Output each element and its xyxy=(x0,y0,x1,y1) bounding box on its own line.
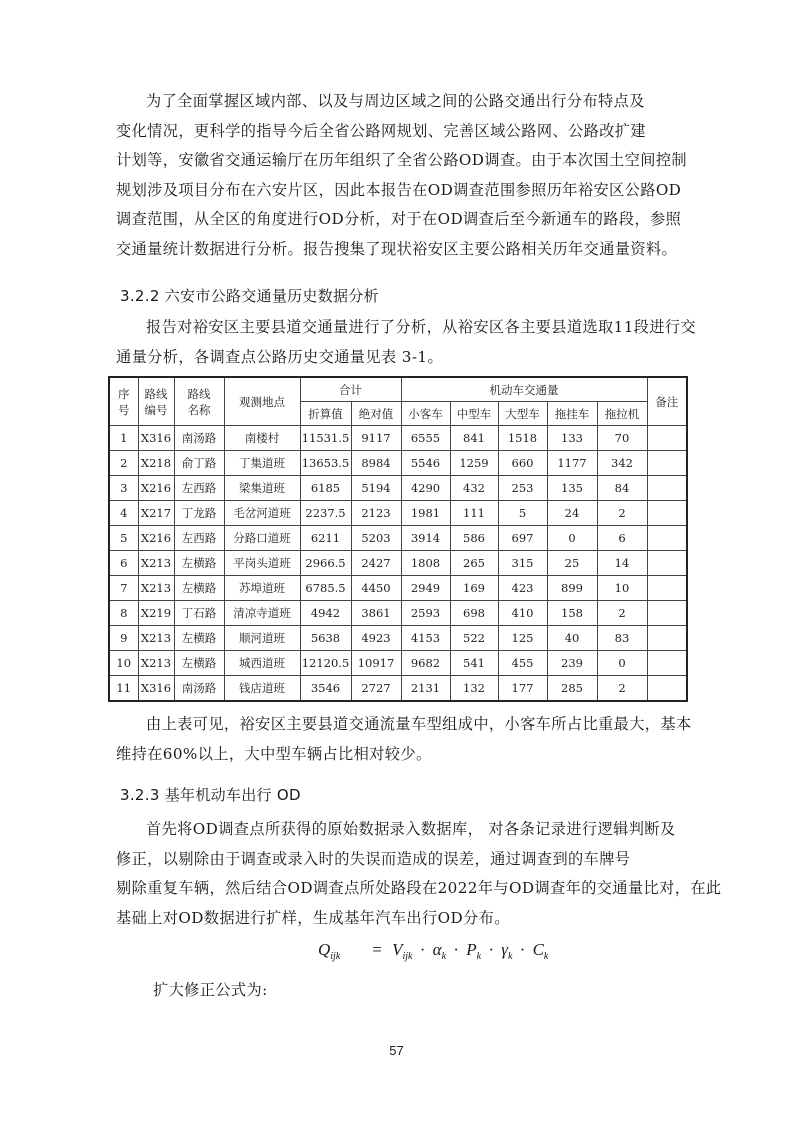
table-cell: 0 xyxy=(547,526,597,551)
text-line: 规划涉及项目分布在六安片区，因此本报告在OD调查范围参照历年裕安区公路OD xyxy=(116,176,686,206)
table-cell: 丁石路 xyxy=(174,601,224,626)
table-cell: 11 xyxy=(109,676,138,702)
table-cell: 4153 xyxy=(401,626,450,651)
text-line: 修正，以剔除由于调查或录入时的失误而造成的误差，通过调查到的车牌号 xyxy=(116,845,686,875)
table-cell: 0 xyxy=(597,651,647,676)
table-cell: 7 xyxy=(109,576,138,601)
table-cell: 169 xyxy=(450,576,498,601)
table-cell: X218 xyxy=(138,451,174,476)
table-cell: 丁龙路 xyxy=(174,501,224,526)
table-cell: 8 xyxy=(109,601,138,626)
table-cell: 239 xyxy=(547,651,597,676)
table-cell: 660 xyxy=(498,451,547,476)
table-cell: 左西路 xyxy=(174,476,224,501)
formula-term: Pk xyxy=(466,940,481,959)
table-row: 11X316南汤路钱店道班3546272721311321772852 xyxy=(109,676,687,702)
table-cell: 5638 xyxy=(300,626,351,651)
section-3-2-2-paragraph: 报告对裕安区主要县道交通量进行了分析，从裕安区各主要县道选取11段进行交 通量分… xyxy=(116,313,686,372)
table-cell xyxy=(647,626,687,651)
header-small-car: 小客车 xyxy=(401,402,450,426)
table-cell: 丁集道班 xyxy=(224,451,300,476)
section-heading-3-2-3: 3.2.3 基年机动车出行 OD xyxy=(120,784,301,805)
table-cell: 2123 xyxy=(351,501,401,526)
table-cell: X213 xyxy=(138,576,174,601)
table-cell: 13653.5 xyxy=(300,451,351,476)
table-cell: X216 xyxy=(138,526,174,551)
text-line: 变化情况，更科学的指导今后全省公路网规划、完善区域公路网、公路改扩建 xyxy=(116,117,686,147)
table-cell: 左横路 xyxy=(174,576,224,601)
table-cell: 南楼村 xyxy=(224,426,300,451)
table-cell: 522 xyxy=(450,626,498,651)
text-line: 报告对裕安区主要县道交通量进行了分析，从裕安区各主要县道选取11段进行交 xyxy=(116,313,686,343)
section-heading-3-2-2: 3.2.2 六安市公路交通量历史数据分析 xyxy=(120,285,379,306)
table-cell: 2131 xyxy=(401,676,450,702)
table-cell: 40 xyxy=(547,626,597,651)
table-cell: 315 xyxy=(498,551,547,576)
header-medium-vehicle: 中型车 xyxy=(450,402,498,426)
table-cell: 分路口道班 xyxy=(224,526,300,551)
table-cell: 70 xyxy=(597,426,647,451)
table-row: 7X213左横路苏埠道班6785.54450294916942389910 xyxy=(109,576,687,601)
table-header-row: 序号 路线编号 路线名称 观测地点 合计 机动车交通量 备注 xyxy=(109,377,687,402)
table-cell: 10917 xyxy=(351,651,401,676)
table-cell xyxy=(647,651,687,676)
table-cell: 苏埠道班 xyxy=(224,576,300,601)
table-cell: 132 xyxy=(450,676,498,702)
header-large-vehicle: 大型车 xyxy=(498,402,547,426)
table-body: 1X316南汤路南楼村11531.5911765558411518133702X… xyxy=(109,426,687,702)
table-cell: 2 xyxy=(597,501,647,526)
table-cell: 2 xyxy=(109,451,138,476)
table-cell xyxy=(647,551,687,576)
conclusion-paragraph: 由上表可见，裕安区主要县道交通流量车型组成中，小客车所占比重最大，基本 维持在6… xyxy=(116,710,686,769)
formula-term: αk xyxy=(433,940,446,959)
table-cell: 5 xyxy=(109,526,138,551)
table-cell: 6785.5 xyxy=(300,576,351,601)
table-cell: 毛岔河道班 xyxy=(224,501,300,526)
table-cell: 10 xyxy=(109,651,138,676)
table-cell: 4 xyxy=(109,501,138,526)
expansion-formula: Qijk = Vijk · αk · Pk · γk · Ck xyxy=(318,940,548,962)
table-cell xyxy=(647,476,687,501)
table-cell: 158 xyxy=(547,601,597,626)
table-cell: 2 xyxy=(597,601,647,626)
table-cell: 5 xyxy=(498,501,547,526)
table-cell: 111 xyxy=(450,501,498,526)
table-cell: X219 xyxy=(138,601,174,626)
table-cell xyxy=(647,501,687,526)
table-cell: 84 xyxy=(597,476,647,501)
table-cell: 253 xyxy=(498,476,547,501)
table-cell: 2237.5 xyxy=(300,501,351,526)
table-cell: 12120.5 xyxy=(300,651,351,676)
page-number: 57 xyxy=(0,1043,793,1058)
table-cell: 432 xyxy=(450,476,498,501)
header-route-name: 路线名称 xyxy=(174,377,224,426)
header-seq: 序号 xyxy=(109,377,138,426)
text-line: 由上表可见，裕安区主要县道交通流量车型组成中，小客车所占比重最大，基本 xyxy=(116,710,686,740)
table-cell: 4290 xyxy=(401,476,450,501)
formula-dot: · xyxy=(453,940,459,959)
table-cell: 6185 xyxy=(300,476,351,501)
table-cell: 899 xyxy=(547,576,597,601)
table-cell: 2427 xyxy=(351,551,401,576)
table-cell: 平岗头道班 xyxy=(224,551,300,576)
table-row: 6X213左横路平岗头道班2966.5242718082653152514 xyxy=(109,551,687,576)
table-cell: 698 xyxy=(450,601,498,626)
table-cell: 3546 xyxy=(300,676,351,702)
formula-dot: · xyxy=(420,940,426,959)
table-cell: 285 xyxy=(547,676,597,702)
table-cell: 左横路 xyxy=(174,651,224,676)
table-cell: 6211 xyxy=(300,526,351,551)
header-route-code: 路线编号 xyxy=(138,377,174,426)
header-location: 观测地点 xyxy=(224,377,300,426)
table-cell: 3 xyxy=(109,476,138,501)
intro-paragraph: 为了全面掌握区域内部、以及与周边区域之间的公路交通出行分布特点及 变化情况，更科… xyxy=(116,87,686,264)
table-cell: 541 xyxy=(450,651,498,676)
header-motor-group: 机动车交通量 xyxy=(401,377,647,402)
table-cell: 4942 xyxy=(300,601,351,626)
traffic-volume-table: 序号 路线编号 路线名称 观测地点 合计 机动车交通量 备注 折算值 绝对值 小… xyxy=(108,376,688,702)
table-cell: 南汤路 xyxy=(174,426,224,451)
formula-term: Ck xyxy=(533,940,549,959)
table-cell: 177 xyxy=(498,676,547,702)
table-cell: 24 xyxy=(547,501,597,526)
table-cell: 1981 xyxy=(401,501,450,526)
table-cell: 2949 xyxy=(401,576,450,601)
table-cell: 梁集道班 xyxy=(224,476,300,501)
table-cell: 135 xyxy=(547,476,597,501)
table-cell: 8984 xyxy=(351,451,401,476)
header-absolute: 绝对值 xyxy=(351,402,401,426)
section-3-2-3-paragraph: 首先将OD调查点所获得的原始数据录入数据库， 对各条记录进行逻辑判断及 修正，以… xyxy=(116,815,686,933)
table-cell: 4923 xyxy=(351,626,401,651)
table-cell: 左横路 xyxy=(174,626,224,651)
table-cell: X213 xyxy=(138,551,174,576)
table-cell: 11531.5 xyxy=(300,426,351,451)
table-cell: 城西道班 xyxy=(224,651,300,676)
text-line: 交通量统计数据进行分析。报告搜集了现状裕安区主要公路相关历年交通量资料。 xyxy=(116,235,686,265)
table-cell: 133 xyxy=(547,426,597,451)
table-row: 4X217丁龙路毛岔河道班2237.5212319811115242 xyxy=(109,501,687,526)
header-remarks: 备注 xyxy=(647,377,687,426)
table-cell: 6555 xyxy=(401,426,450,451)
table-cell: 南汤路 xyxy=(174,676,224,702)
table-cell: 1 xyxy=(109,426,138,451)
table-cell: X216 xyxy=(138,476,174,501)
text-line: 维持在60%以上，大中型车辆占比相对较少。 xyxy=(116,740,686,770)
table-cell: 钱店道班 xyxy=(224,676,300,702)
table-row: 9X213左横路顺河道班5638492341535221254083 xyxy=(109,626,687,651)
table-cell: 5203 xyxy=(351,526,401,551)
text-line: 计划等，安徽省交通运输厅在历年组织了全省公路OD调查。由于本次国土空间控制 xyxy=(116,146,686,176)
text-line: 调查范围，从全区的角度进行OD分析，对于在OD调查后至今新通车的路段，参照 xyxy=(116,205,686,235)
table-cell: 586 xyxy=(450,526,498,551)
formula-term: γk xyxy=(501,940,512,959)
text-line: 扩大修正公式为: xyxy=(116,976,686,1006)
header-trailer: 拖挂车 xyxy=(547,402,597,426)
table-cell: 4450 xyxy=(351,576,401,601)
table-cell: 俞丁路 xyxy=(174,451,224,476)
table-cell: 清凉寺道班 xyxy=(224,601,300,626)
table-cell xyxy=(647,526,687,551)
header-tractor: 拖拉机 xyxy=(597,402,647,426)
text-line: 通量分析，各调查点公路历史交通量见表 3-1。 xyxy=(116,343,686,373)
table-cell: X316 xyxy=(138,676,174,702)
header-converted: 折算值 xyxy=(300,402,351,426)
table-row: 10X213左横路城西道班12120.51091796825414552390 xyxy=(109,651,687,676)
table-cell: 841 xyxy=(450,426,498,451)
text-line: 基础上对OD数据进行扩样，生成基年汽车出行OD分布。 xyxy=(116,904,686,934)
table-cell: 125 xyxy=(498,626,547,651)
table-row: 8X219丁石路清凉寺道班4942386125936984101582 xyxy=(109,601,687,626)
table-cell: 3914 xyxy=(401,526,450,551)
table-cell xyxy=(647,451,687,476)
table-cell: X217 xyxy=(138,501,174,526)
table-cell: 2966.5 xyxy=(300,551,351,576)
table-cell: 423 xyxy=(498,576,547,601)
table-cell: X213 xyxy=(138,626,174,651)
table-cell: 1177 xyxy=(547,451,597,476)
table-cell: 697 xyxy=(498,526,547,551)
table-cell: 342 xyxy=(597,451,647,476)
table-cell: 1808 xyxy=(401,551,450,576)
header-total-group: 合计 xyxy=(300,377,401,402)
table-row: 3X216左西路梁集道班61855194429043225313584 xyxy=(109,476,687,501)
table-cell: 25 xyxy=(547,551,597,576)
table-cell xyxy=(647,426,687,451)
table-cell: 6 xyxy=(597,526,647,551)
table-row: 5X216左西路分路口道班62115203391458669706 xyxy=(109,526,687,551)
table-cell: 10 xyxy=(597,576,647,601)
table-cell: 265 xyxy=(450,551,498,576)
table-cell: 1259 xyxy=(450,451,498,476)
table-cell: 左西路 xyxy=(174,526,224,551)
table-cell: 左横路 xyxy=(174,551,224,576)
table-cell xyxy=(647,676,687,702)
table-cell: X213 xyxy=(138,651,174,676)
table-cell xyxy=(647,576,687,601)
table-cell: 2593 xyxy=(401,601,450,626)
table-cell: 83 xyxy=(597,626,647,651)
formula-lhs: Qijk xyxy=(318,940,368,962)
table-cell: 9 xyxy=(109,626,138,651)
formula-term: Vijk xyxy=(392,940,412,959)
formula-dot: · xyxy=(520,940,526,959)
table-cell: 9682 xyxy=(401,651,450,676)
formula-dot: · xyxy=(488,940,494,959)
table-row: 1X316南汤路南楼村11531.591176555841151813370 xyxy=(109,426,687,451)
table-cell: 1518 xyxy=(498,426,547,451)
table-cell: 5546 xyxy=(401,451,450,476)
table-cell: 顺河道班 xyxy=(224,626,300,651)
table-cell: 455 xyxy=(498,651,547,676)
text-line: 剔除重复车辆，然后结合OD调查点所处路段在2022年与OD调查年的交通量比对，在… xyxy=(116,874,686,904)
table-cell: 6 xyxy=(109,551,138,576)
table-cell: 2727 xyxy=(351,676,401,702)
formula-equals: = xyxy=(372,940,382,959)
table-row: 2X218俞丁路丁集道班13653.5898455461259660117734… xyxy=(109,451,687,476)
table-cell: 2 xyxy=(597,676,647,702)
text-line: 为了全面掌握区域内部、以及与周边区域之间的公路交通出行分布特点及 xyxy=(116,87,686,117)
table-cell xyxy=(647,601,687,626)
text-line: 首先将OD调查点所获得的原始数据录入数据库， 对各条记录进行逻辑判断及 xyxy=(116,815,686,845)
table-cell: 3861 xyxy=(351,601,401,626)
formula-intro: 扩大修正公式为: xyxy=(116,976,686,1006)
table-cell: 14 xyxy=(597,551,647,576)
table-cell: 410 xyxy=(498,601,547,626)
table-cell: 5194 xyxy=(351,476,401,501)
table-cell: X316 xyxy=(138,426,174,451)
table-cell: 9117 xyxy=(351,426,401,451)
